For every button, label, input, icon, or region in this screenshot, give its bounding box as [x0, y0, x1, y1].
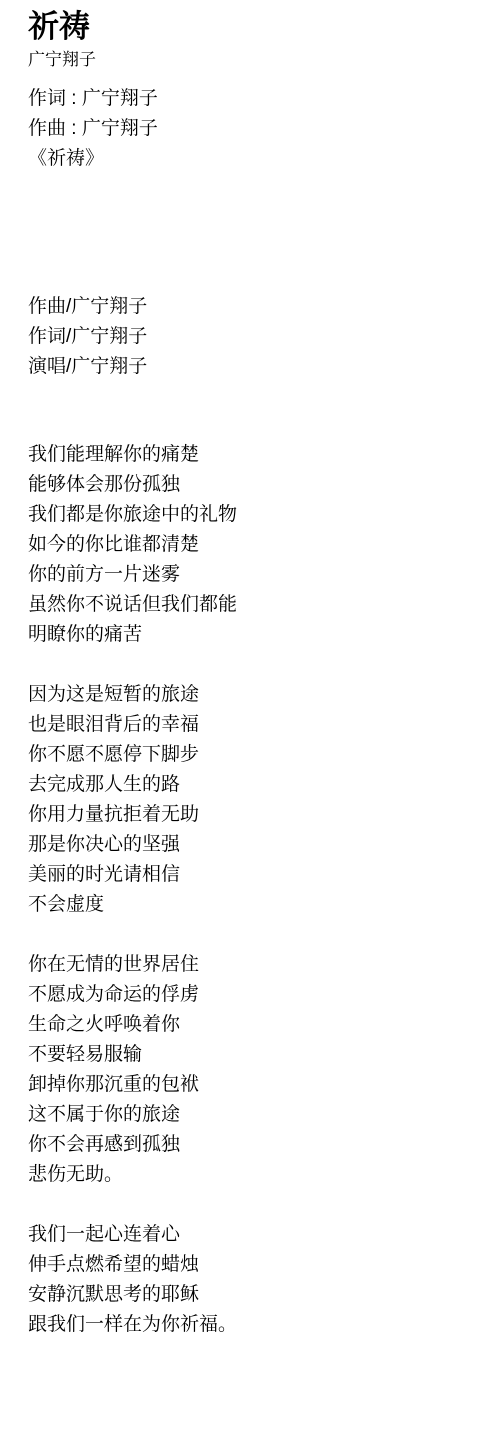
lyric-line: 我们一起心连着心 [28, 1220, 480, 1250]
lyric-line: 安静沉默思考的耶稣 [28, 1280, 480, 1310]
vertical-spacer [28, 382, 480, 440]
credits-block: 作曲/广宁翔子 作词/广宁翔子 演唱/广宁翔子 [28, 292, 480, 382]
lyric-line: 不要轻易服输 [28, 1040, 480, 1070]
lyric-line: 我们能理解你的痛楚 [28, 440, 480, 470]
lyric-line: 虽然你不说话但我们都能 [28, 590, 480, 620]
lyrics-page: 祈祷 广宁翔子 作词 : 广宁翔子 作曲 : 广宁翔子 《祈祷》 作曲/广宁翔子… [0, 0, 500, 1450]
lyric-line: 跟我们一样在为你祈福。 [28, 1310, 480, 1340]
lyric-line: 这不属于你的旅途 [28, 1100, 480, 1130]
lyric-line: 不愿成为命运的俘虏 [28, 980, 480, 1010]
lyric-line: 不会虚度 [28, 890, 480, 920]
stanza-1: 我们能理解你的痛楚 能够体会那份孤独 我们都是你旅途中的礼物 如今的你比谁都清楚… [28, 440, 480, 650]
composer-meta-line: 作曲 : 广宁翔子 [28, 114, 480, 144]
artist-name: 广宁翔子 [28, 48, 480, 72]
lyric-line: 那是你决心的坚强 [28, 830, 480, 860]
lyric-line: 卸掉你那沉重的包袱 [28, 1070, 480, 1100]
page-title: 祈祷 [28, 8, 480, 46]
stanza-3: 你在无情的世界居住 不愿成为命运的俘虏 生命之火呼唤着你 不要轻易服输 卸掉你那… [28, 950, 480, 1190]
lyric-line: 能够体会那份孤独 [28, 470, 480, 500]
vertical-spacer [28, 174, 480, 292]
lyrics-body: 我们能理解你的痛楚 能够体会那份孤独 我们都是你旅途中的礼物 如今的你比谁都清楚… [28, 440, 480, 1340]
lyric-line: 你不愿不愿停下脚步 [28, 740, 480, 770]
lyric-line: 美丽的时光请相信 [28, 860, 480, 890]
lyric-line: 也是眼泪背后的幸福 [28, 710, 480, 740]
composer-credit-line: 作曲/广宁翔子 [28, 292, 480, 322]
lyric-line: 你在无情的世界居住 [28, 950, 480, 980]
lyric-line: 你不会再感到孤独 [28, 1130, 480, 1160]
lyricist-meta-line: 作词 : 广宁翔子 [28, 84, 480, 114]
lyric-line: 生命之火呼唤着你 [28, 1010, 480, 1040]
lyric-line: 我们都是你旅途中的礼物 [28, 500, 480, 530]
song-title-meta-line: 《祈祷》 [28, 144, 480, 174]
lyric-line: 去完成那人生的路 [28, 770, 480, 800]
lyric-line: 你的前方一片迷雾 [28, 560, 480, 590]
vocalist-credit-line: 演唱/广宁翔子 [28, 352, 480, 382]
lyric-line: 明瞭你的痛苦 [28, 620, 480, 650]
lyricist-credit-line: 作词/广宁翔子 [28, 322, 480, 352]
stanza-2: 因为这是短暂的旅途 也是眼泪背后的幸福 你不愿不愿停下脚步 去完成那人生的路 你… [28, 680, 480, 920]
meta-block: 作词 : 广宁翔子 作曲 : 广宁翔子 《祈祷》 [28, 84, 480, 174]
lyric-line: 如今的你比谁都清楚 [28, 530, 480, 560]
stanza-4: 我们一起心连着心 伸手点燃希望的蜡烛 安静沉默思考的耶稣 跟我们一样在为你祈福。 [28, 1220, 480, 1340]
lyric-line: 伸手点燃希望的蜡烛 [28, 1250, 480, 1280]
lyric-line: 你用力量抗拒着无助 [28, 800, 480, 830]
lyric-line: 因为这是短暂的旅途 [28, 680, 480, 710]
lyric-line: 悲伤无助。 [28, 1160, 480, 1190]
